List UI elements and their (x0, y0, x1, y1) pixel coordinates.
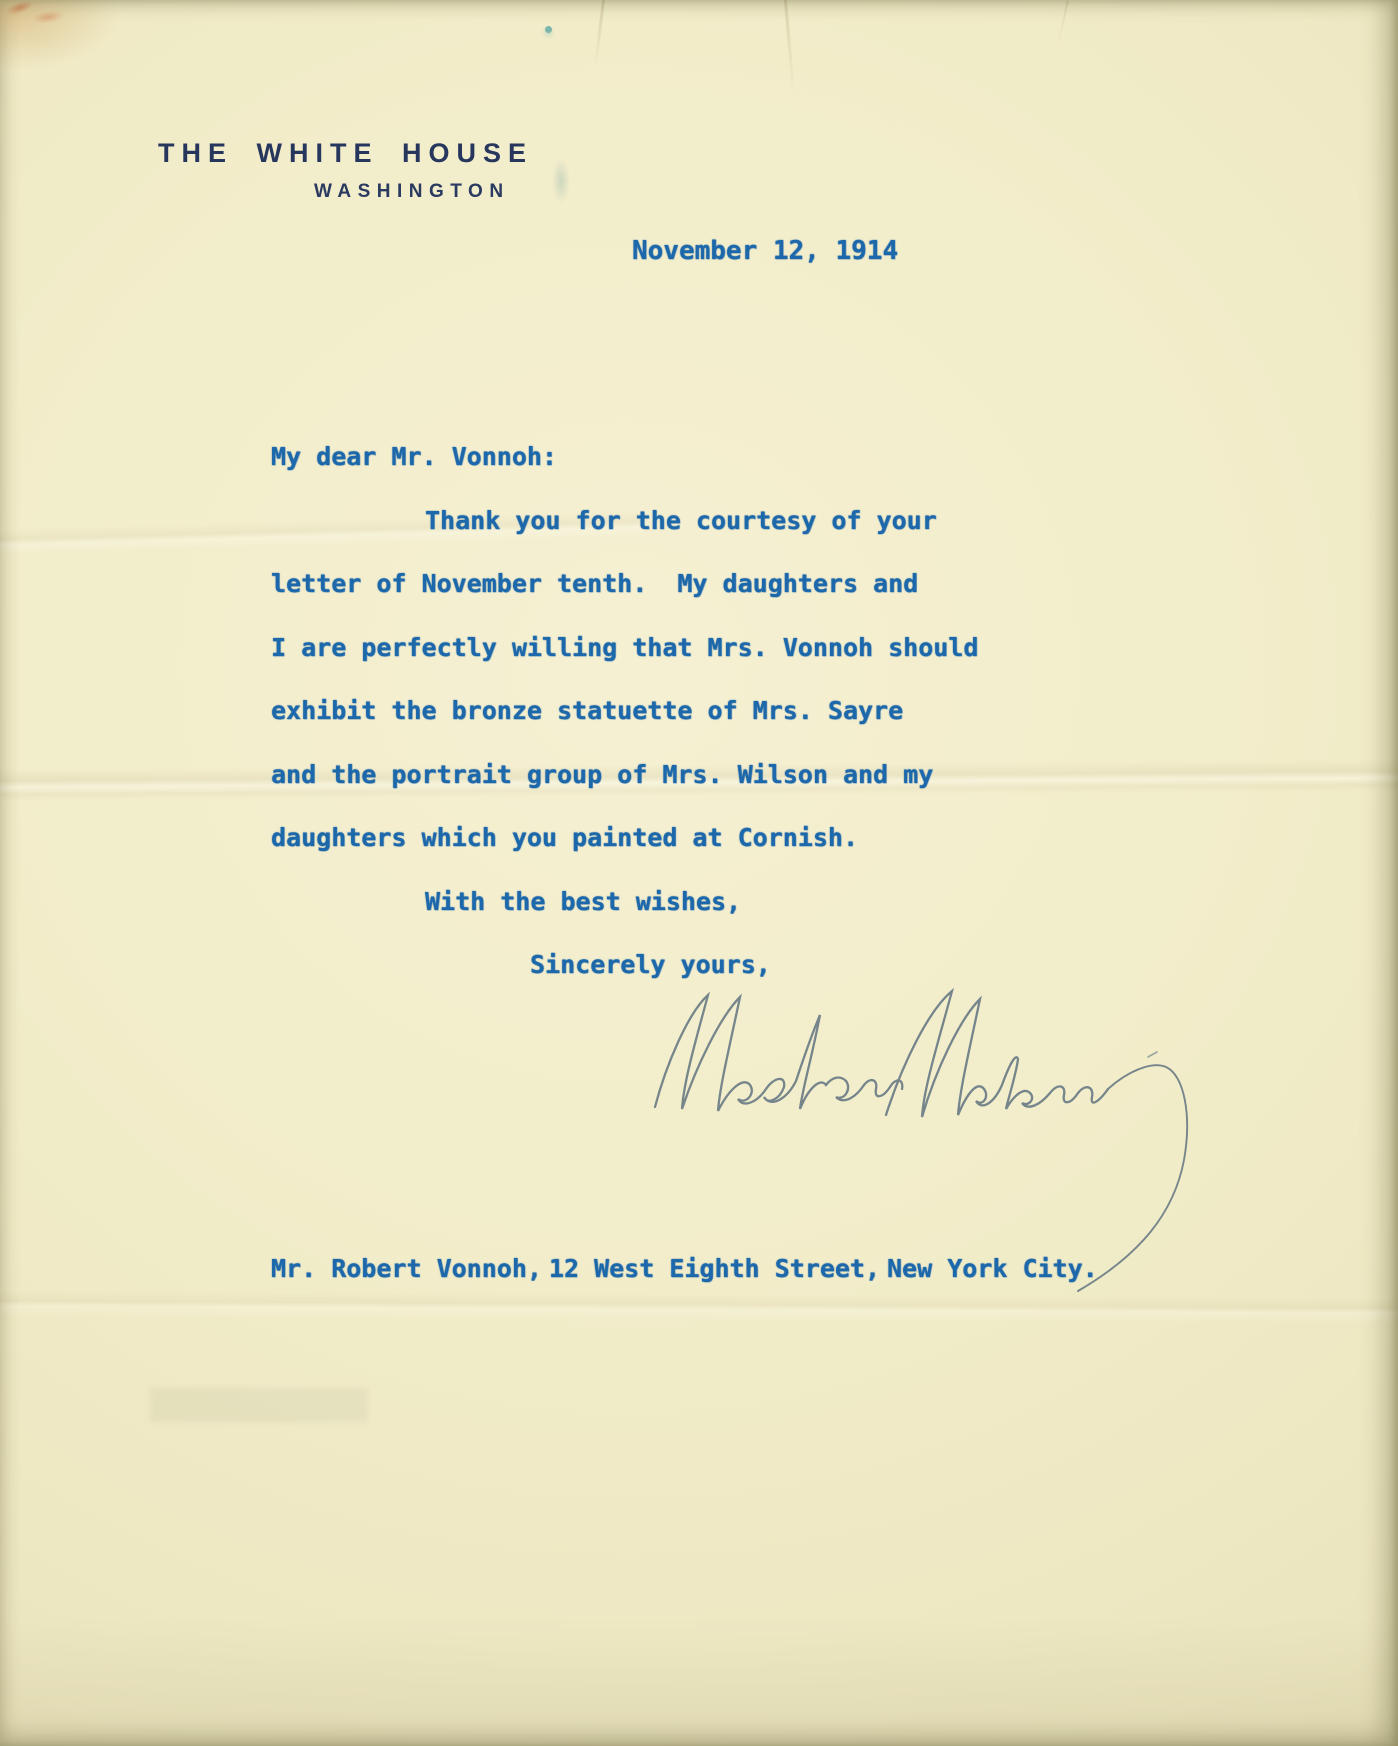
salutation: My dear Mr. Vonnoh: (271, 425, 978, 489)
body-line: daughters which you painted at Cornish. (271, 806, 978, 870)
paper-crease (594, 0, 605, 66)
recipient-street: 12 West Eighth Street, (549, 1254, 880, 1283)
body-line: and the portrait group of Mrs. Wilson an… (271, 743, 978, 807)
closing-line: Sincerely yours, (271, 933, 978, 997)
paper-ghost-smudge (150, 1388, 368, 1422)
body-line: letter of November tenth. My daughters a… (271, 552, 978, 616)
body-line: Thank you for the courtesy of your (271, 489, 978, 553)
paper-crease (784, 0, 795, 94)
paper-stain-top-left (0, 0, 130, 75)
closing-line: With the best wishes, (271, 870, 978, 934)
paper-edge-shade (0, 1616, 1398, 1746)
paper-fold-line (0, 1290, 1398, 1323)
signature-name-text: Woodrow Wilson (0, 0, 1, 1)
recipient-address: Mr. Robert Vonnoh, 12 West Eighth Street… (271, 1250, 1098, 1289)
letterhead-title: THE WHITE HOUSE (158, 138, 533, 169)
date-line: November 12, 1914 (632, 236, 898, 266)
paper-ink-dot (545, 26, 552, 33)
letter-page: THE WHITE HOUSE WASHINGTON November 12, … (0, 0, 1398, 1746)
paper-red-mark (31, 9, 64, 25)
paper-ink-smudge (552, 158, 570, 204)
body-line: I are perfectly willing that Mrs. Vonnoh… (271, 616, 978, 680)
recipient-name: Mr. Robert Vonnoh, (271, 1254, 542, 1283)
letter-body: My dear Mr. Vonnoh: Thank you for the co… (271, 425, 978, 997)
recipient-city: New York City. (887, 1254, 1098, 1283)
paper-crease (1057, 0, 1069, 45)
paper-red-mark (5, 0, 35, 17)
letterhead-subtitle: WASHINGTON (314, 181, 510, 203)
body-line: exhibit the bronze statuette of Mrs. Say… (271, 679, 978, 743)
